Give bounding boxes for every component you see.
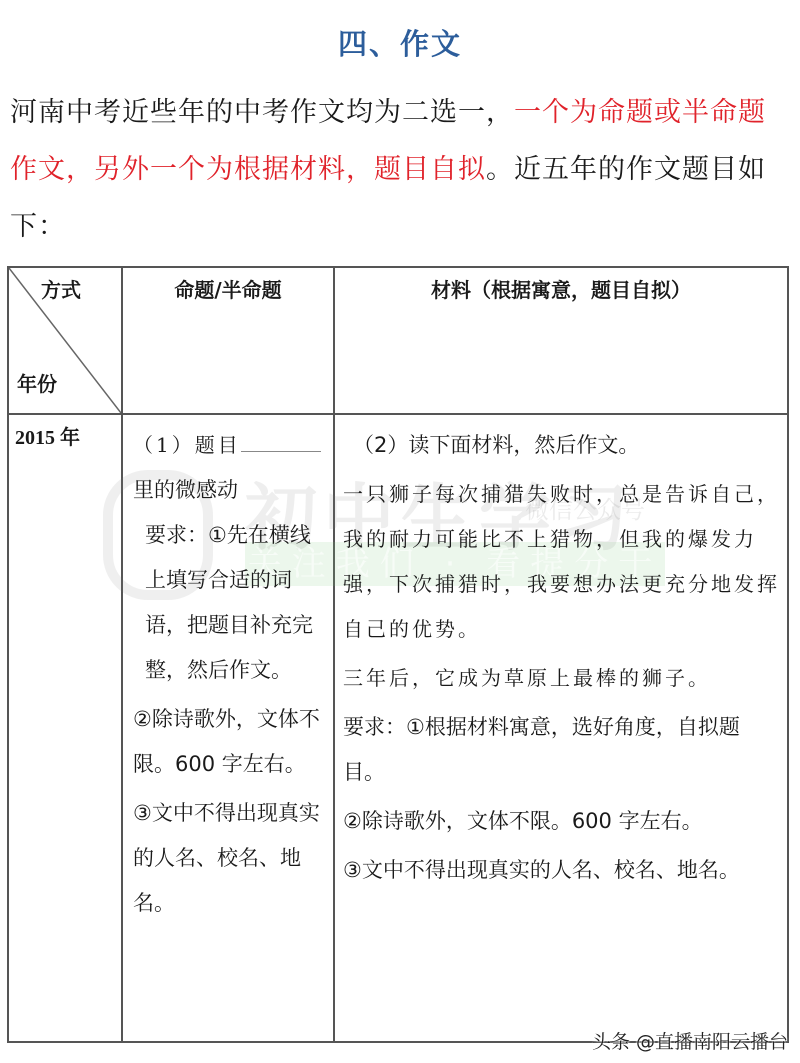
requirement-3: ③文中不得出现真实的人名、校名、地名。: [133, 791, 327, 926]
material-requirement-1: 要求：①根据材料寓意，选好角度，自拟题目。: [343, 705, 781, 795]
prompt-line-2: 里的微感动: [133, 468, 327, 513]
table-header-row: 方式 年份 命题/半命题 材料（根据寓意，题目自拟）: [8, 267, 788, 414]
intro-paragraph: 河南中考近些年的中考作文均为二选一，一个为命题或半命题作文，另外一个为根据材料，…: [10, 84, 790, 255]
header-material: 材料（根据寓意，题目自拟）: [334, 267, 788, 414]
table-row: 2015 年 （1）题目 里的微感动 要求：①先在横线上填写合适的词语，把题目补…: [8, 414, 788, 1042]
header-method-label: 方式: [41, 274, 81, 303]
requirement-1: 要求：①先在横线上填写合适的词语，把题目补充完整，然后作文。: [133, 513, 327, 693]
prompt-title-prefix: （1）题目: [133, 433, 241, 457]
intro-text-1: 河南中考近些年的中考作文均为二选一，: [10, 97, 514, 128]
row-material-cell: （2）读下面材料，然后作文。 一只狮子每次捕猎失败时，总是告诉自己，我的耐力可能…: [334, 414, 788, 1042]
essay-table: 方式 年份 命题/半命题 材料（根据寓意，题目自拟） 2015 年 （1）题目 …: [7, 266, 789, 1043]
header-proposition: 命题/半命题: [122, 267, 334, 414]
requirement-2: ②除诗歌外，文体不限。600 字左右。: [133, 697, 327, 787]
source-credit: 头条 @直播南阳云播台: [592, 1027, 788, 1054]
material-requirement-2: ②除诗歌外，文体不限。600 字左右。: [343, 799, 781, 844]
header-diagonal-cell: 方式 年份: [8, 267, 122, 414]
section-title: 四、作文: [0, 22, 800, 63]
prompt-line-1: （1）题目: [133, 423, 327, 468]
material-intro: （2）读下面材料，然后作文。: [343, 423, 781, 468]
material-requirement-3: ③文中不得出现真实的人名、校名、地名。: [343, 848, 781, 893]
material-text-2: 三年后，它成为草原上最棒的狮子。: [343, 656, 781, 701]
row-year: 2015 年: [8, 414, 122, 1042]
fill-blank: [241, 429, 321, 452]
row-proposition-cell: （1）题目 里的微感动 要求：①先在横线上填写合适的词语，把题目补充完整，然后作…: [122, 414, 334, 1042]
header-year-label: 年份: [17, 368, 57, 397]
material-text: 一只狮子每次捕猎失败时，总是告诉自己，我的耐力可能比不上猎物，但我的爆发力强，下…: [343, 472, 781, 652]
